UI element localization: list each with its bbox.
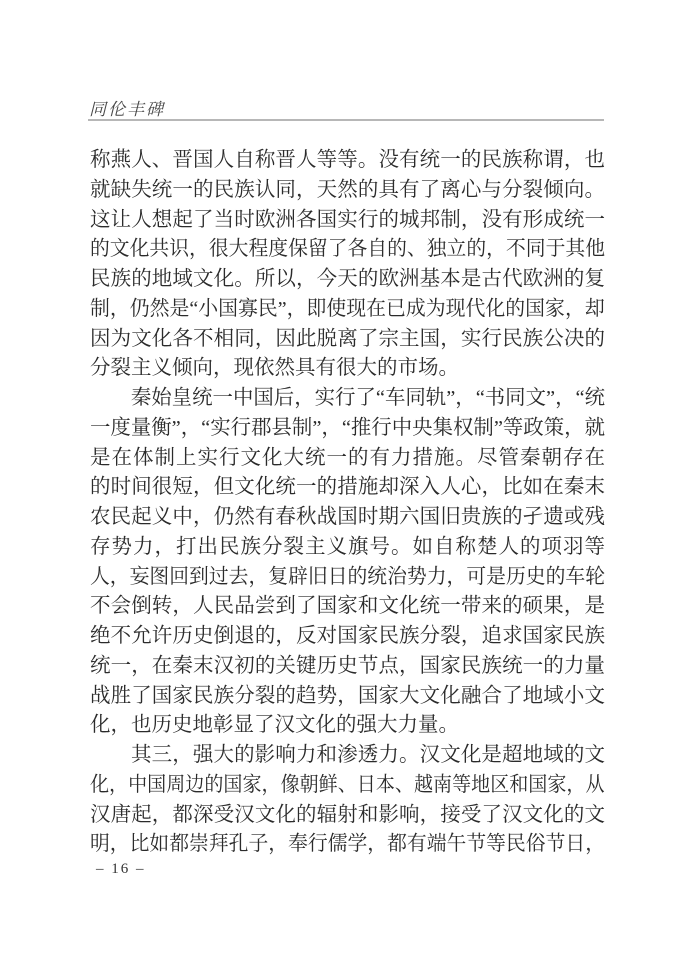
text-line: 分裂主义倾向，现依然具有很大的市场。 [90,354,605,384]
book-page: 同伦丰碑 称燕人、晋国人自称晋人等等。没有统一的民族称谓，也 就缺失统一的民族认… [0,0,692,968]
text-line: 绝不允许历史倒退的，反对国家民族分裂，追求国家民族 [90,622,605,652]
running-header: 同伦丰碑 [89,95,165,120]
text-line: 这让人想起了当时欧洲各国实行的城邦制，没有形成统一 [90,206,605,236]
text-line: 农民起义中，仍然有春秋战国时期六国旧贵族的孑遗或残 [90,503,605,533]
text-line: 就缺失统一的民族认同，天然的具有了离心与分裂倾向。 [90,176,605,206]
text-line: 制，仍然是“小国寡民”，即使现在已成为现代化的国家，却 [90,295,589,325]
text-line: 化，中国周边的国家，像朝鲜、日本、越南等地区和国家，从 [90,771,569,801]
text-line: 民族的地域文化。所以，今天的欧洲基本是古代欧洲的复 [90,265,605,295]
text-line: 汉唐起，都深受汉文化的辐射和影响，接受了汉文化的文 [90,801,605,831]
text-line: 战胜了国家民族分裂的趋势，国家大文化融合了地域小文 [90,682,605,712]
text-line: 存势力，打出民族分裂主义旗号。如自称楚人的项羽等 [90,533,605,563]
text-line: 称燕人、晋国人自称晋人等等。没有统一的民族称谓，也 [90,146,605,176]
text-line: 明，比如都崇拜孔子，奉行儒学，都有端午节等民俗节日， [90,830,588,860]
text-line: 是在体制上实行文化大统一的有力措施。尽管秦朝存在 [90,444,605,474]
text-line: 的文化共识，很大程度保留了各自的、独立的，不同于其他 [90,235,588,265]
text-line: 因为文化各不相同，因此脱离了宗主国，实行民族公决的 [90,325,605,355]
body-text: 称燕人、晋国人自称晋人等等。没有统一的民族称谓，也 就缺失统一的民族认同，天然的… [90,146,605,860]
header-rule [88,119,604,121]
text-line: 其三，强大的影响力和渗透力。汉文化是超地域的文 [90,741,605,771]
page-number: – 16 – [96,861,146,878]
text-line: 的时间很短，但文化统一的措施却深入人心，比如在秦末 [90,473,605,503]
text-line: 统一，在秦末汉初的关键历史节点，国家民族统一的力量 [90,652,605,682]
text-line: 人，妄图回到过去，复辟旧日的统治势力，可是历史的车轮 [90,563,588,593]
text-line: 一度量衡”，“实行郡县制”，“推行中央集权制”等政策，就 [90,414,603,444]
text-line: 秦始皇统一中国后，实行了“车同轨”，“书同文”，“统 [90,384,603,414]
text-line: 化，也历史地彰显了汉文化的强大力量。 [90,711,605,741]
text-line: 不会倒转，人民品尝到了国家和文化统一带来的硕果，是 [90,592,605,622]
